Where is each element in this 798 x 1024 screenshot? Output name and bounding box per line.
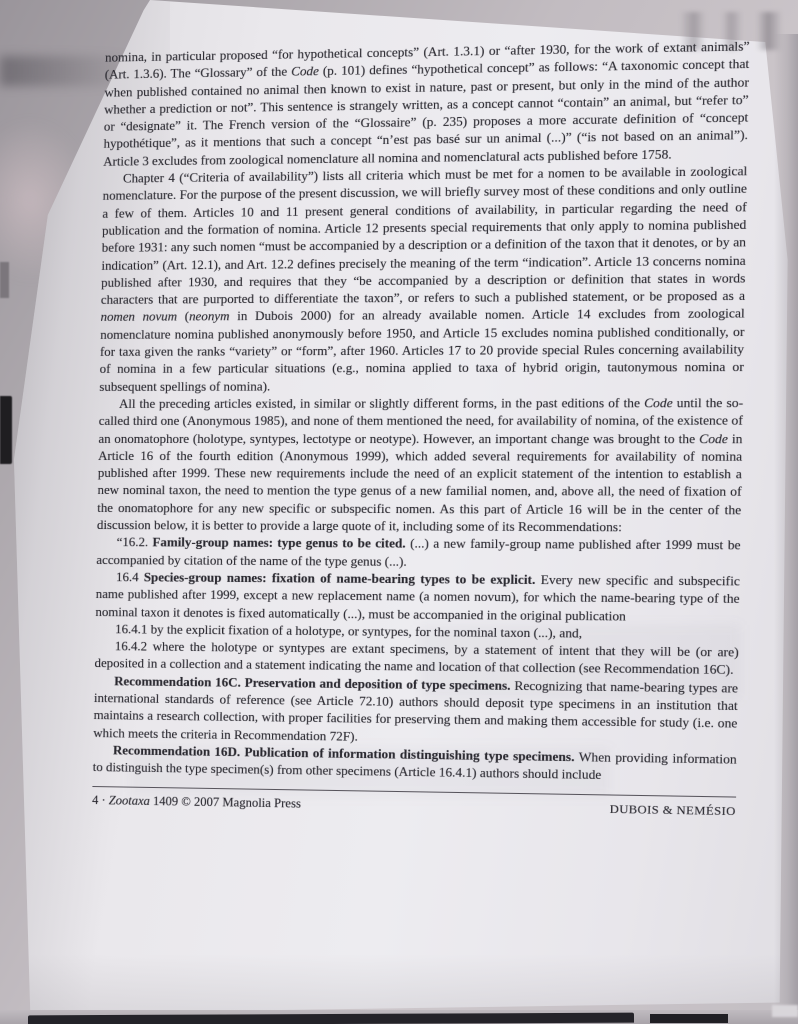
dark-edge-segment xyxy=(650,1014,728,1023)
text-segment: Chapter 4 (“Criteria of availability”) l… xyxy=(101,164,748,307)
text-segment: neonym xyxy=(189,310,230,324)
text-segment: Code xyxy=(644,396,673,410)
text-segment: in Article 16 of the fourth edition (Ano… xyxy=(97,431,743,534)
paragraph-8: Recommendation 16C. Preservation and dep… xyxy=(93,673,738,751)
text-segment: Code xyxy=(699,431,728,445)
paragraph-2: Chapter 4 (“Criteria of availability”) l… xyxy=(99,163,747,396)
paragraph-3: All the preceding articles existed, in s… xyxy=(97,395,744,538)
text-segment: Code xyxy=(291,64,319,79)
left-edge-gray-mark xyxy=(0,262,9,298)
paragraph-4: “16.2. Family-group names: type genus to… xyxy=(96,534,741,573)
text-segment: nomen novum xyxy=(100,310,177,324)
text-segment: 1409 © 2007 Magnolia Press xyxy=(150,794,301,811)
paragraph-1: nomina, in particular proposed “for hypo… xyxy=(103,38,750,171)
footer-journal-info: 4 · Zootaxa 1409 © 2007 Magnolia Press xyxy=(92,792,301,813)
text-segment: 16.4 xyxy=(116,570,144,584)
footer-authors: DUBOIS & NEMÉSIO xyxy=(610,801,736,821)
text-segment: 4 · xyxy=(92,793,109,807)
text-segment: “16.2. xyxy=(117,535,153,549)
page-content: nomina, in particular proposed “for hypo… xyxy=(92,38,750,821)
scanned-page-photo: nomina, in particular proposed “for hypo… xyxy=(0,0,798,1024)
text-segment: 16.4.1 by the explicit fixation of a hol… xyxy=(115,622,582,640)
text-segment: Family-group names: type genus to be cit… xyxy=(152,536,405,551)
text-column: nomina, in particular proposed “for hypo… xyxy=(93,38,750,787)
page-fore-edge-shadow xyxy=(774,34,798,1010)
table-edge-strip xyxy=(0,1010,798,1024)
text-segment: Species-group names: fixation of name-be… xyxy=(144,570,536,587)
text-segment: ( xyxy=(177,310,189,324)
left-edge-black-mark xyxy=(0,396,12,464)
text-segment: 16.4.2 where the holotype or syntypes ar… xyxy=(94,639,738,677)
text-segment: Recommendation 16C. Preservation and dep… xyxy=(114,674,511,693)
edge-light-notch xyxy=(772,1005,798,1017)
text-segment: Zootaxa xyxy=(109,794,150,809)
paragraph-5: 16.4 Species-group names: fixation of na… xyxy=(95,569,740,626)
dark-edge-segment xyxy=(28,1013,634,1024)
text-segment: All the preceding articles existed, in s… xyxy=(119,396,644,411)
